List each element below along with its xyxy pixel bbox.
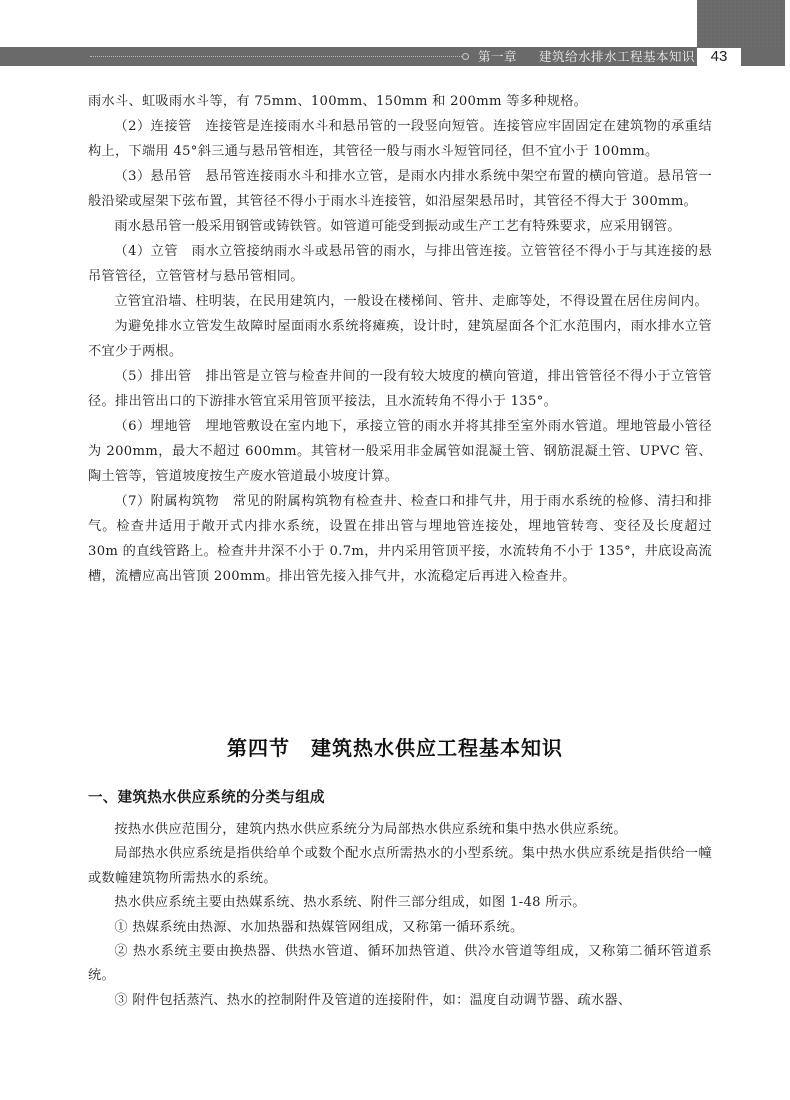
paragraph-ancillary-structures: （7）附属构筑物 常见的附属构筑物有检查井、检查口和排气井，用于雨水系统的检修、… <box>88 489 712 589</box>
paragraph-riser: （4）立管 雨水立管接纳雨水斗或悬吊管的雨水，与排出管连接。立管管径不得小于与其… <box>88 239 712 289</box>
paragraph: 局部热水供应系统是指供给单个或数个配水点所需热水的小型系统。集中热水供应系统是指… <box>88 842 712 891</box>
header-circle-ornament <box>462 53 469 60</box>
list-item: ② 热水系统主要由换热器、供热水管道、循环加热管道、供冷水管道等组成，又称第二循… <box>88 940 712 989</box>
chapter-number: 第一章 <box>478 49 517 64</box>
paragraph: 雨水斗、虹吸雨水斗等，有 75mm、100mm、150mm 和 200mm 等多… <box>88 89 712 114</box>
list-item: ③ 附件包括蒸汽、热水的控制附件及管道的连接附件，如：温度自动调节器、疏水器、 <box>88 989 712 1013</box>
paragraph-connecting-pipe: （2）连接管 连接管是连接雨水斗和悬吊管的一段竖向短管。连接管应牢固固定在建筑物… <box>88 114 712 164</box>
subsection-heading: 一、建筑热水供应系统的分类与组成 <box>88 786 325 807</box>
paragraph: 热水供应系统主要由热媒系统、热水系统、附件三部分组成，如图 1-48 所示。 <box>88 891 712 915</box>
paragraph: 按热水供应范围分，建筑内热水供应系统分为局部热水供应系统和集中热水供应系统。 <box>88 818 712 842</box>
chapter-title: 建筑给水排水工程基本知识 <box>539 49 695 64</box>
list-item: ① 热媒系统由热源、水加热器和热媒管网组成，又称第一循环系统。 <box>88 916 712 940</box>
page-number: 43 <box>697 48 741 66</box>
section-heading: 第四节 建筑热水供应工程基本知识 <box>0 732 790 761</box>
paragraph: 雨水悬吊管一般采用钢管或铸铁管。如管道可能受到振动或生产工艺有特殊要求，应采用钢… <box>88 214 712 239</box>
body-text: 雨水斗、虹吸雨水斗等，有 75mm、100mm、150mm 和 200mm 等多… <box>88 89 712 589</box>
paragraph: 为避免排水立管发生故障时屋面雨水系统将瘫痪，设计时，建筑屋面各个汇水范围内，雨水… <box>88 314 712 364</box>
paragraph-outlet-pipe: （5）排出管 排出管是立管与检查井间的一段有较大坡度的横向管道，排出管管径不得小… <box>88 364 712 414</box>
section-body-text: 按热水供应范围分，建筑内热水供应系统分为局部热水供应系统和集中热水供应系统。 局… <box>88 818 712 1013</box>
header-dotted-rule <box>90 56 462 57</box>
running-header-chapter: 第一章建筑给水排水工程基本知识 <box>478 47 695 66</box>
paragraph-suspended-pipe: （3）悬吊管 悬吊管连接雨水斗和排水立管，是雨水内排水系统中架空布置的横向管道。… <box>88 164 712 214</box>
paragraph-buried-pipe: （6）埋地管 埋地管敷设在室内地下，承接立管的雨水并将其排至室外雨水管道。埋地管… <box>88 414 712 489</box>
paragraph: 立管宜沿墙、柱明装，在民用建筑内，一般设在楼梯间、管井、走廊等处，不得设置在居住… <box>88 289 712 314</box>
